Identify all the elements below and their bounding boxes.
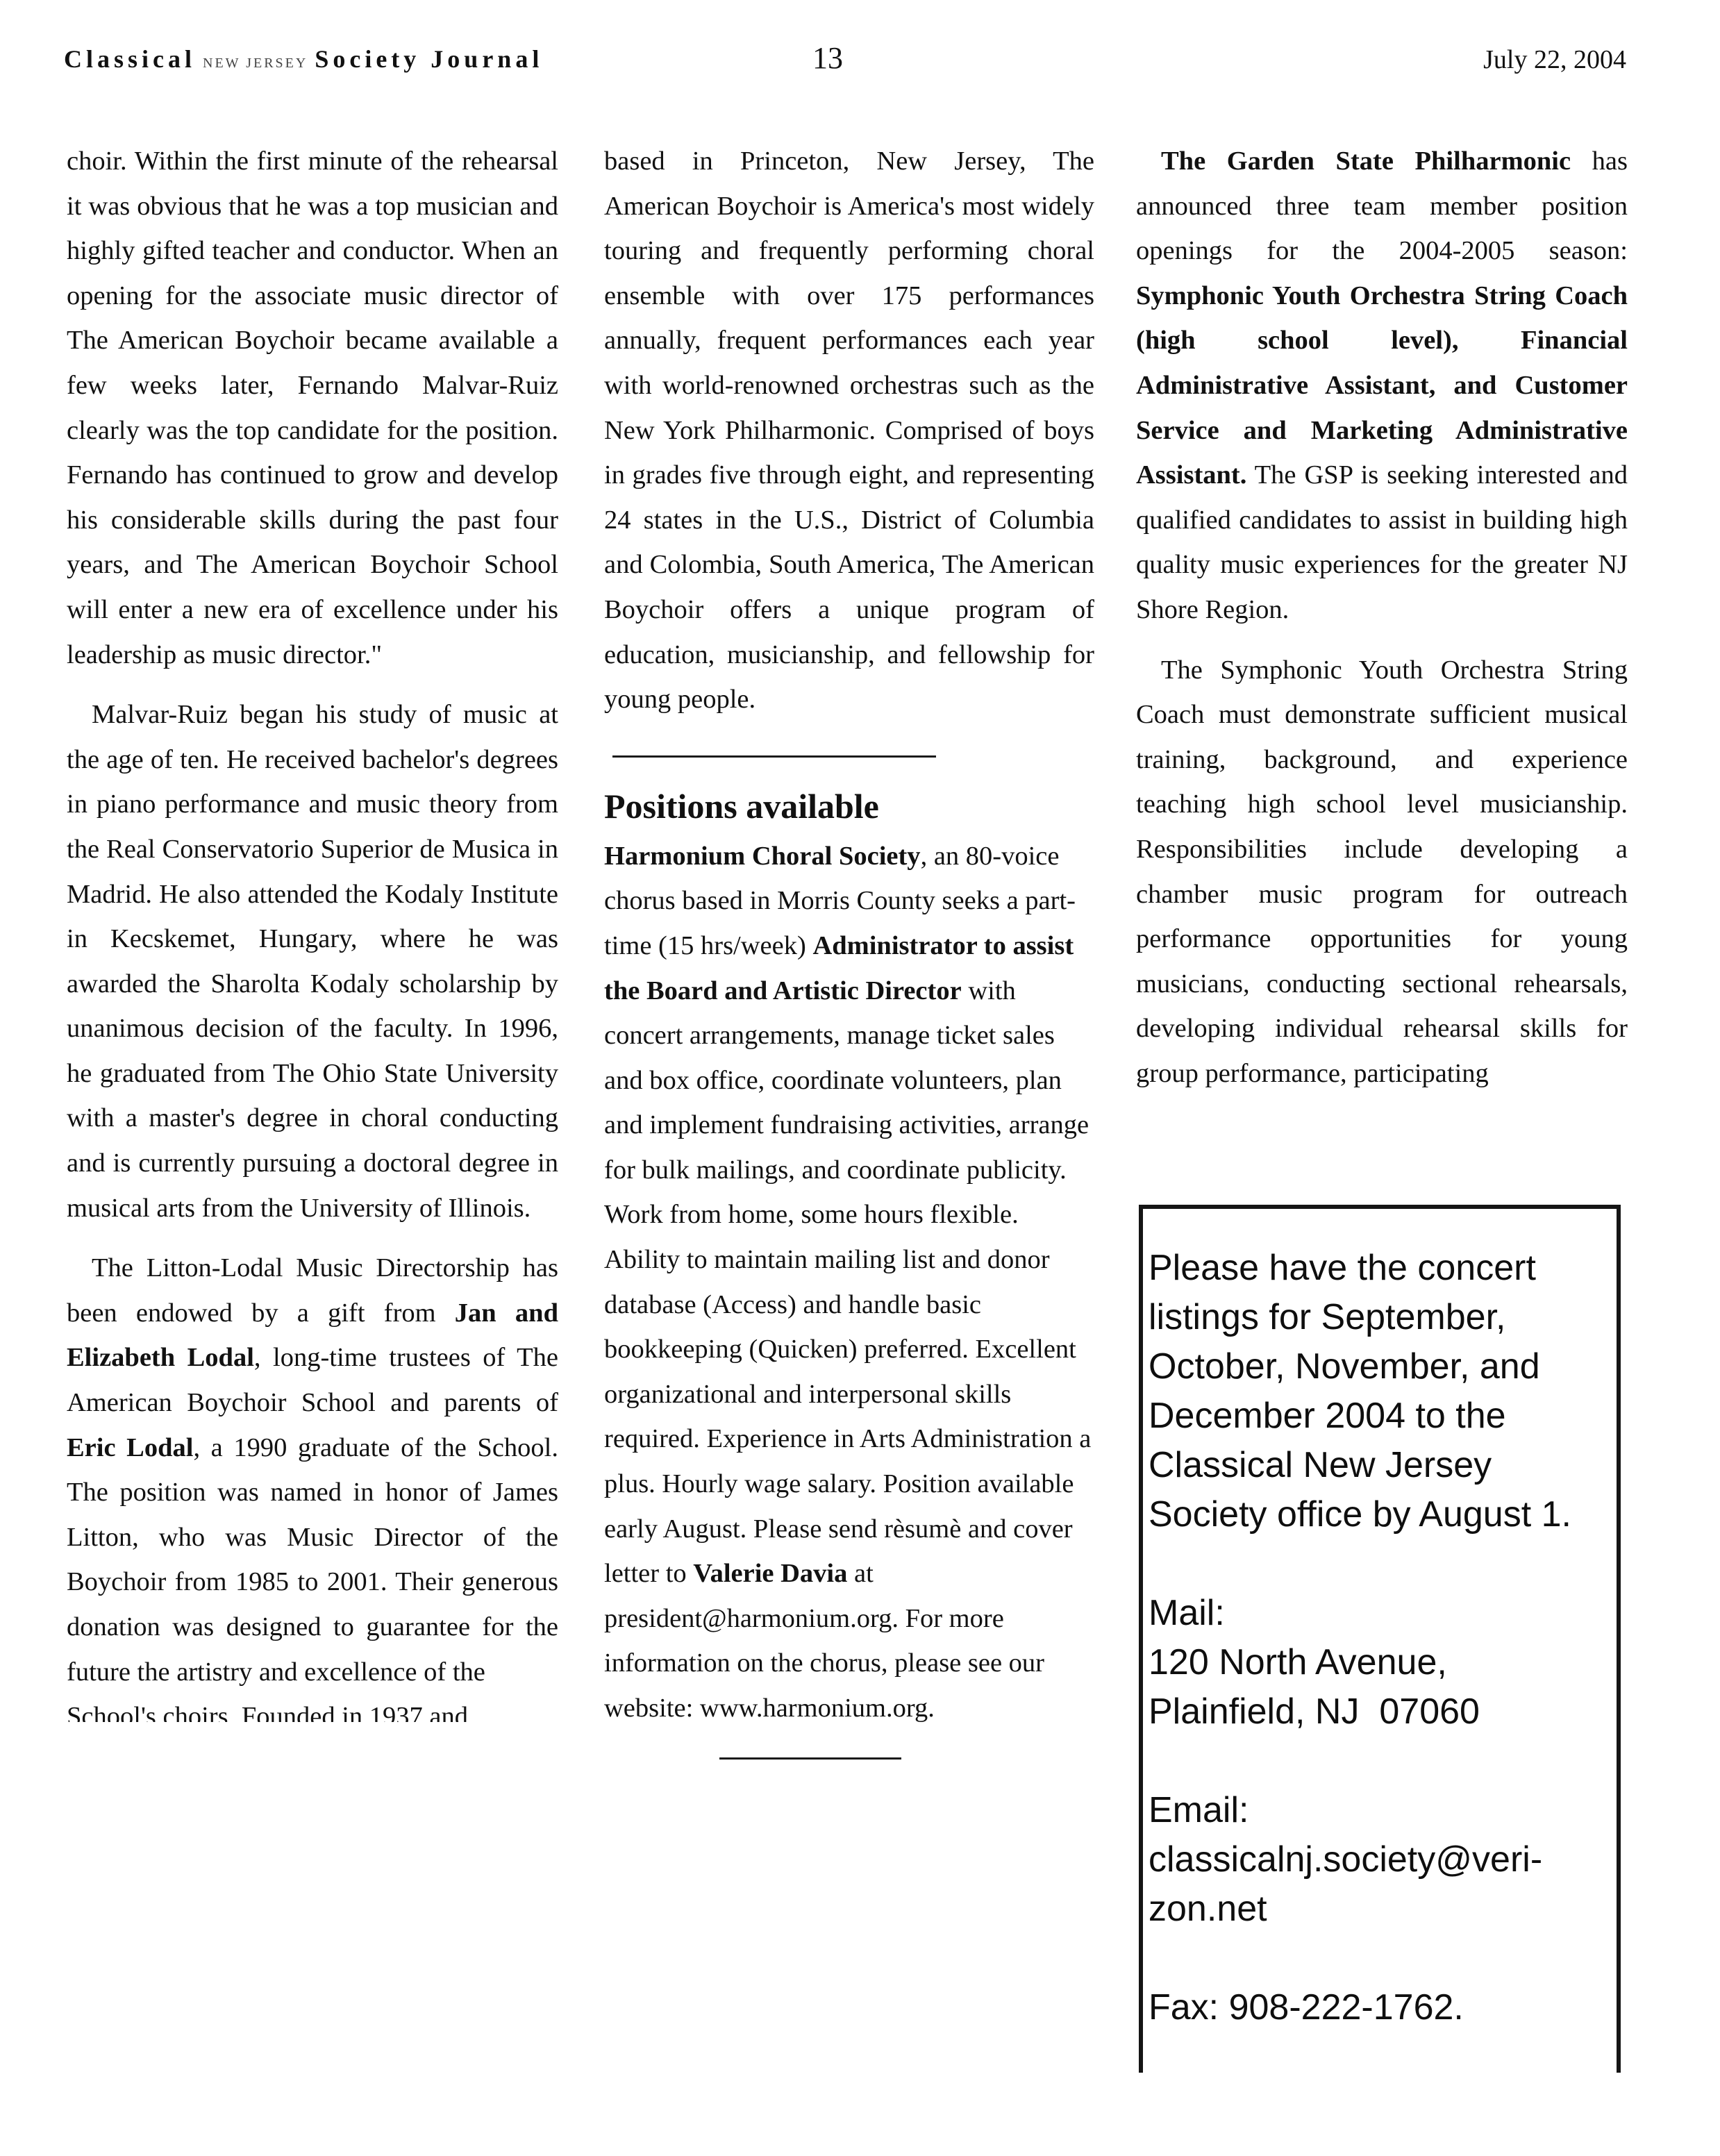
mail-label: Mail:	[1149, 1589, 1610, 1638]
org-name: The Garden State Philharmonic	[1161, 147, 1571, 176]
column-3: The Garden State Philharmonic has announ…	[1136, 139, 1628, 1096]
job-listing-harmonium: Harmonium Choral Society, an 80-voice ch…	[604, 834, 1094, 1731]
spacer	[1149, 1934, 1610, 1983]
section-divider	[719, 1757, 901, 1760]
title-society-journal: Society Journal	[315, 45, 543, 73]
concert-listings-notice: Please have the concert listings for Sep…	[1139, 1205, 1621, 2073]
title-classical: Classical	[64, 45, 196, 73]
contact-name: Valerie Davia	[693, 1559, 847, 1588]
masthead: ClassicalNEW JERSEYSociety Journal 13 Ju…	[64, 40, 1626, 82]
issue-date: July 22, 2004	[1483, 44, 1626, 75]
section-heading: Positions available	[604, 784, 1094, 828]
article-paragraph: The Litton-Lodal Music Direct­orship has…	[67, 1246, 558, 1694]
email-address-line2: zon.net	[1149, 1885, 1610, 1934]
title-new-jersey: NEW JERSEY	[203, 56, 308, 71]
email-address-line1: classicalnj.society@veri-	[1149, 1835, 1610, 1885]
article-paragraph: choir. Within the first minute of the re…	[67, 139, 558, 677]
email-label: Email:	[1149, 1786, 1610, 1835]
column-1: choir. Within the first minute of the re…	[67, 139, 558, 1722]
section-divider	[612, 755, 936, 758]
graduate-name: Eric Lodal	[67, 1433, 193, 1462]
job-titles: Symphonic Youth Orchestra String Coach (…	[1136, 281, 1628, 490]
column-2: based in Princeton, New Jersey, The Amer…	[604, 139, 1094, 1760]
article-paragraph: Malvar-Ruiz began his study of music at …	[67, 692, 558, 1230]
mail-address-line2: Plainfield, NJ 07060	[1149, 1687, 1610, 1737]
mail-address-line1: 120 North Avenue,	[1149, 1638, 1610, 1687]
spacer	[1149, 1737, 1610, 1786]
journal-title: ClassicalNEW JERSEYSociety Journal	[64, 44, 543, 74]
org-name: Harmonium Choral Society	[604, 842, 921, 871]
page-number: 13	[812, 40, 843, 76]
job-listing-gsp: The Garden State Philharmonic has announ…	[1136, 139, 1628, 633]
fax-number: Fax: 908-222-1762.	[1149, 1983, 1610, 2032]
spacer	[1149, 1539, 1610, 1589]
article-paragraph: based in Princeton, New Jersey, The Amer…	[604, 139, 1094, 722]
notice-message: Please have the concert listings for Sep…	[1149, 1244, 1610, 1539]
article-paragraph: The Symphonic Youth Orchestra String Coa…	[1136, 648, 1628, 1096]
truncated-line: School's choirs. Founded in 1937 and	[67, 1694, 558, 1722]
